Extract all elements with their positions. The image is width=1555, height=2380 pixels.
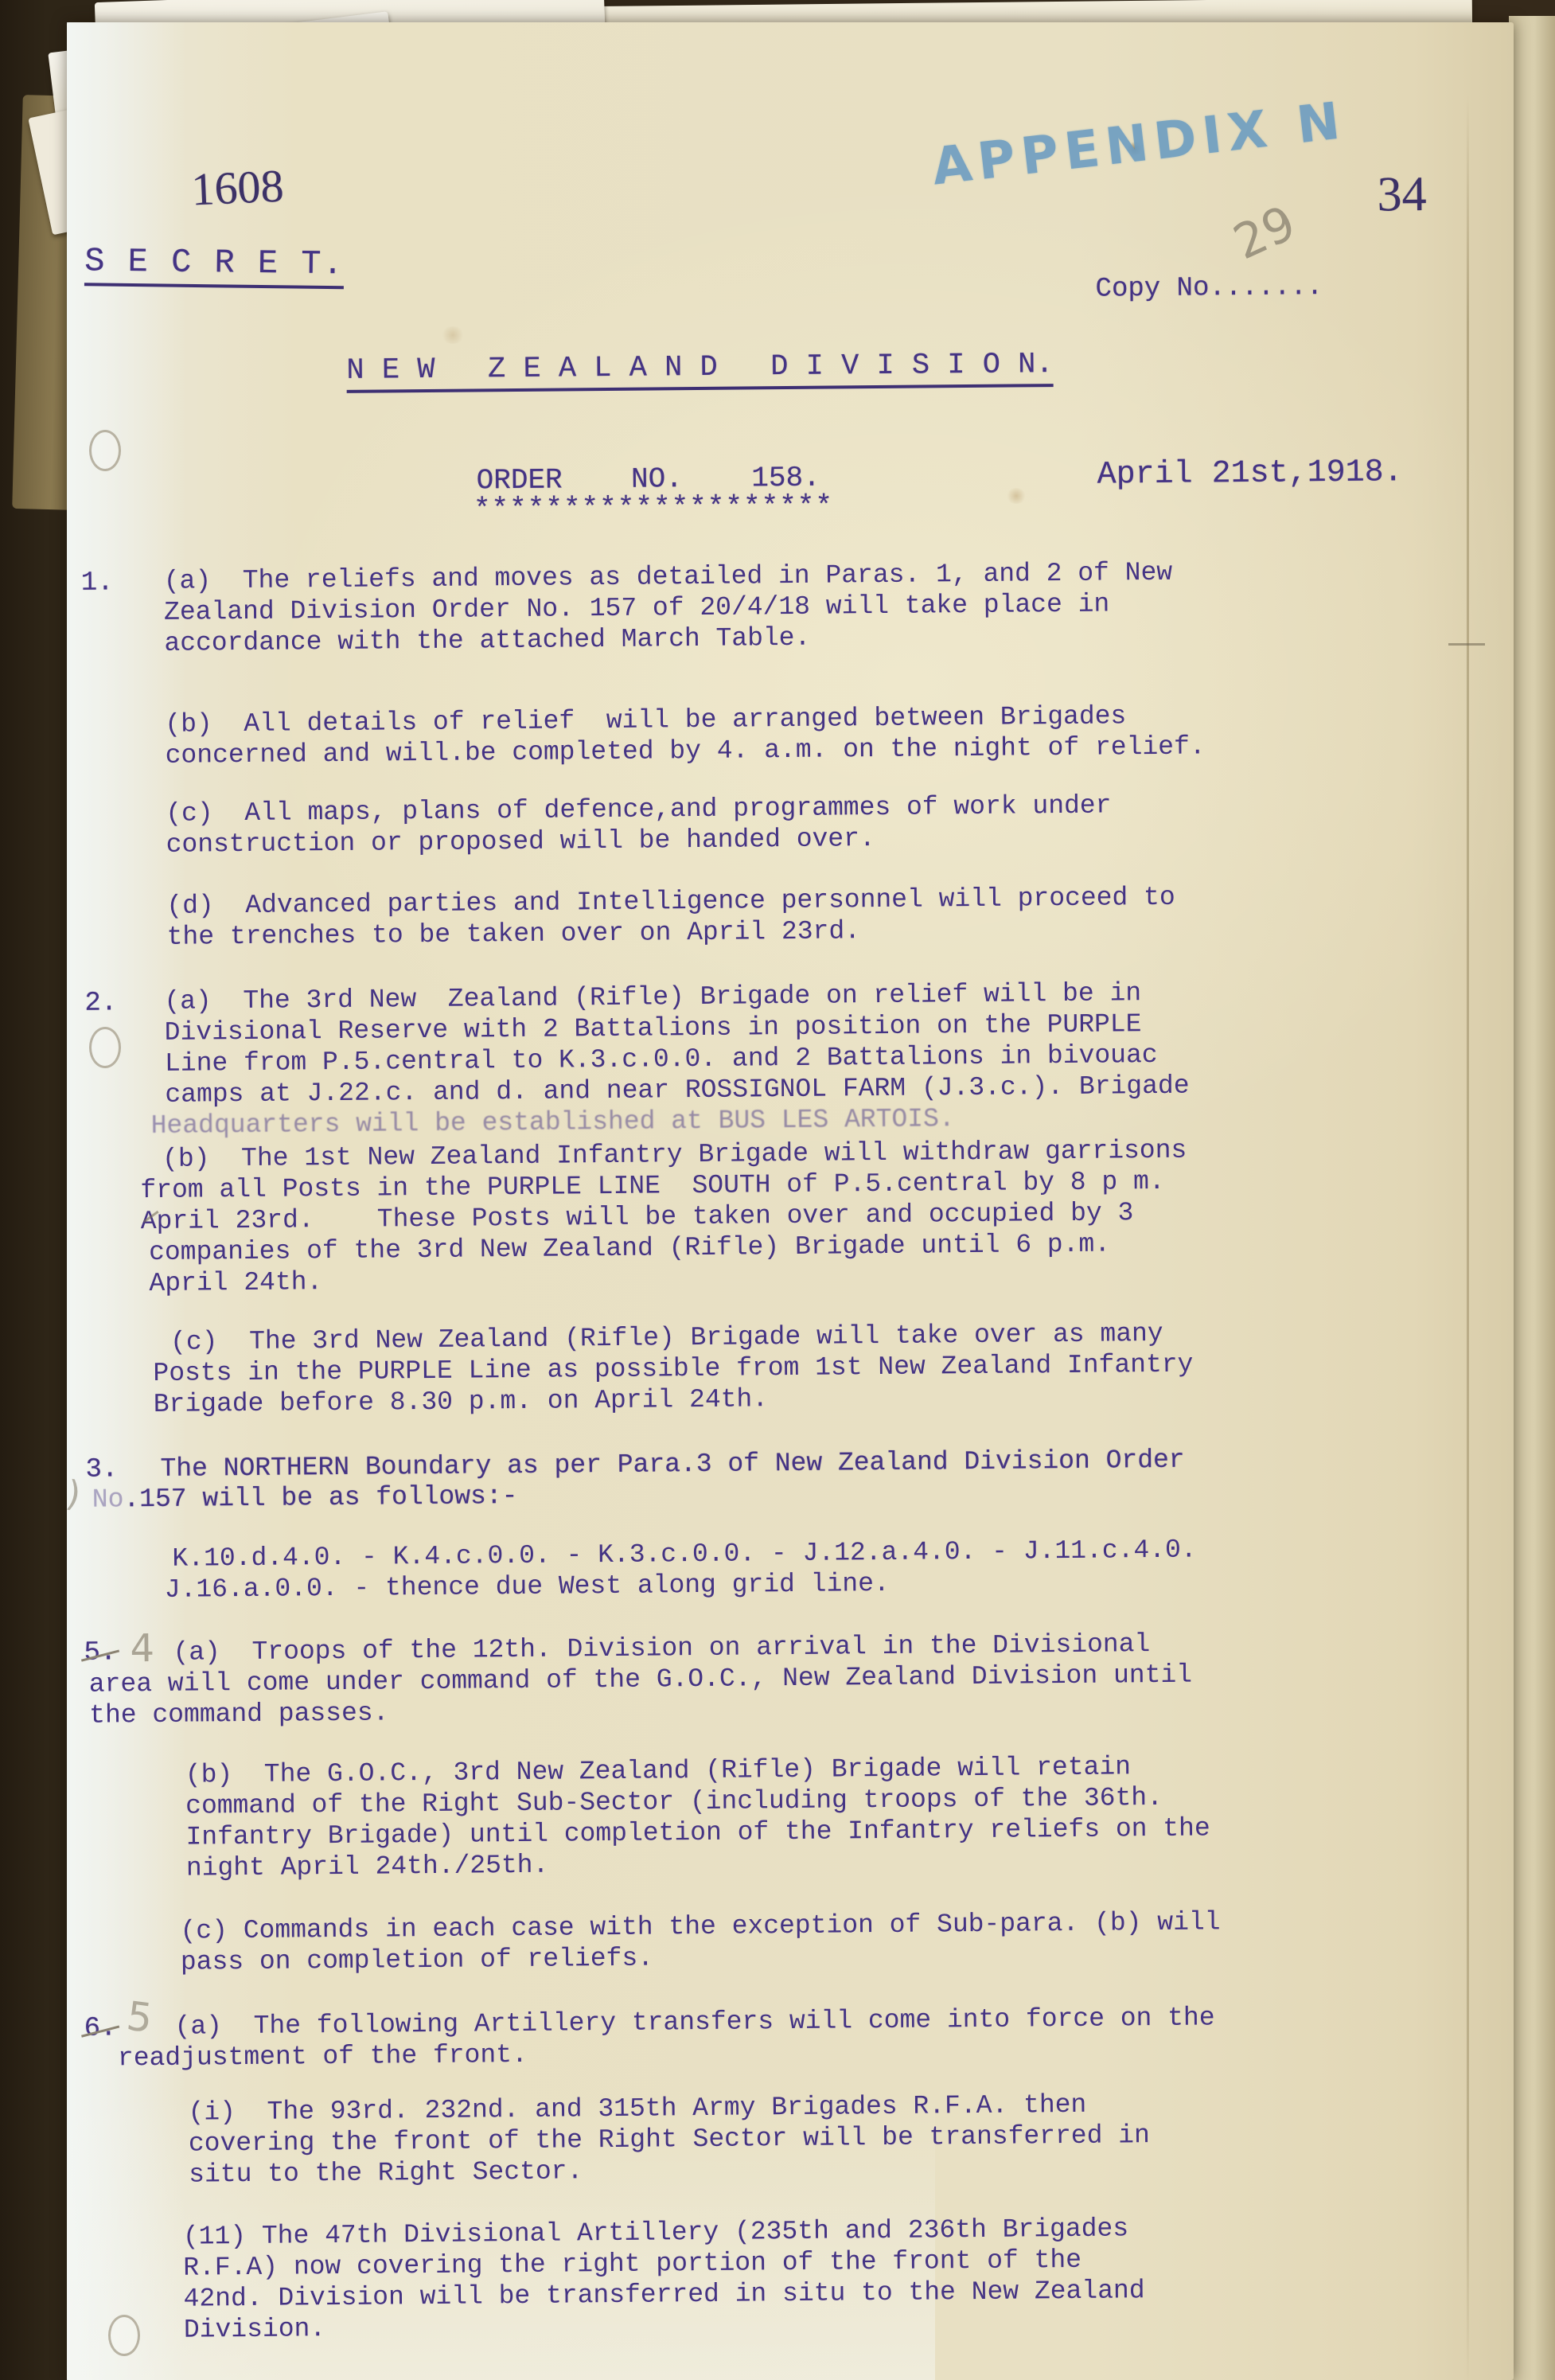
text-line: .157 will be as follows:- — [123, 1481, 517, 1514]
page-number: 34 — [1377, 166, 1427, 224]
para-2c: (c) The 3rd New Zealand (Rifle) Brigade … — [170, 1318, 1194, 1420]
order-underline-asterisks: ******************** — [474, 490, 833, 526]
para-4c: (c) Commands in each case with the excep… — [180, 1906, 1221, 1977]
division-title: N E W Z E A L A N D D I V I S I O N. — [346, 348, 1053, 388]
para-1d: (d) Advanced parties and Intelligence pe… — [166, 882, 1175, 953]
para-3-coordinates: K.10.d.4.0. - K.4.c.0.0. - K.3.c.0.0. - … — [172, 1535, 1197, 1606]
para-1-number: 1. — [81, 568, 114, 598]
para-2b: (b) The 1st New Zealand Infantry Brigade… — [162, 1135, 1188, 1299]
struck-number: 6. — [84, 2013, 116, 2043]
para-4a: (a) Troops of the 12th. Division on arri… — [88, 1629, 1192, 1731]
appendix-annotation: APPENDIX N — [929, 92, 1350, 197]
para-3-number: 3. — [85, 1454, 118, 1485]
secret-text: S E C R E T. — [84, 242, 345, 289]
para-5a: (a) The following Artillery transfers wi… — [117, 2002, 1215, 2074]
copy-number-label: Copy No....... — [1095, 272, 1323, 304]
para-4b: (b) The G.O.C., 3rd New Zealand (Rifle) … — [185, 1750, 1211, 1883]
para-5-sub-ii: (11) The 47th Divisional Artillery (235t… — [183, 2213, 1145, 2346]
para-1c: (c) All maps, plans of defence,and progr… — [166, 790, 1112, 860]
para-3-line1: The NORTHERN Boundary as per Para.3 of N… — [160, 1446, 1184, 1484]
document-page: 1608 APPENDIX N 34 S E C R E T. 29 Copy … — [67, 22, 1514, 2380]
para-1b: (b) All details of relief will be arrang… — [165, 700, 1206, 771]
para-3-line2: No.157 will be as follows:- — [92, 1481, 518, 1515]
scanned-document: 1608 APPENDIX N 34 S E C R E T. 29 Copy … — [0, 0, 1555, 2380]
typed-content: 1608 APPENDIX N 34 S E C R E T. 29 Copy … — [59, 16, 1526, 2380]
para-2a: (a) The 3rd New Zealand (Rifle) Brigade … — [164, 977, 1190, 1141]
copy-number-handwritten: 29 — [1226, 195, 1304, 271]
order-date: April 21st,1918. — [1097, 455, 1402, 493]
para-5-number: 6. — [84, 2013, 116, 2043]
division-title-text: N E W Z E A L A N D D I V I S I O N. — [346, 348, 1054, 393]
file-stamp: 1608 — [190, 159, 285, 217]
faint-no: No — [92, 1485, 124, 1514]
para-5-sub-i: (i) The 93rd. 232nd. and 315th Army Brig… — [188, 2089, 1150, 2191]
para-2-number: 2. — [84, 988, 117, 1018]
classification-secret: S E C R E T. — [84, 242, 345, 283]
para-1a: (a) The reliefs and moves as detailed in… — [164, 557, 1173, 659]
